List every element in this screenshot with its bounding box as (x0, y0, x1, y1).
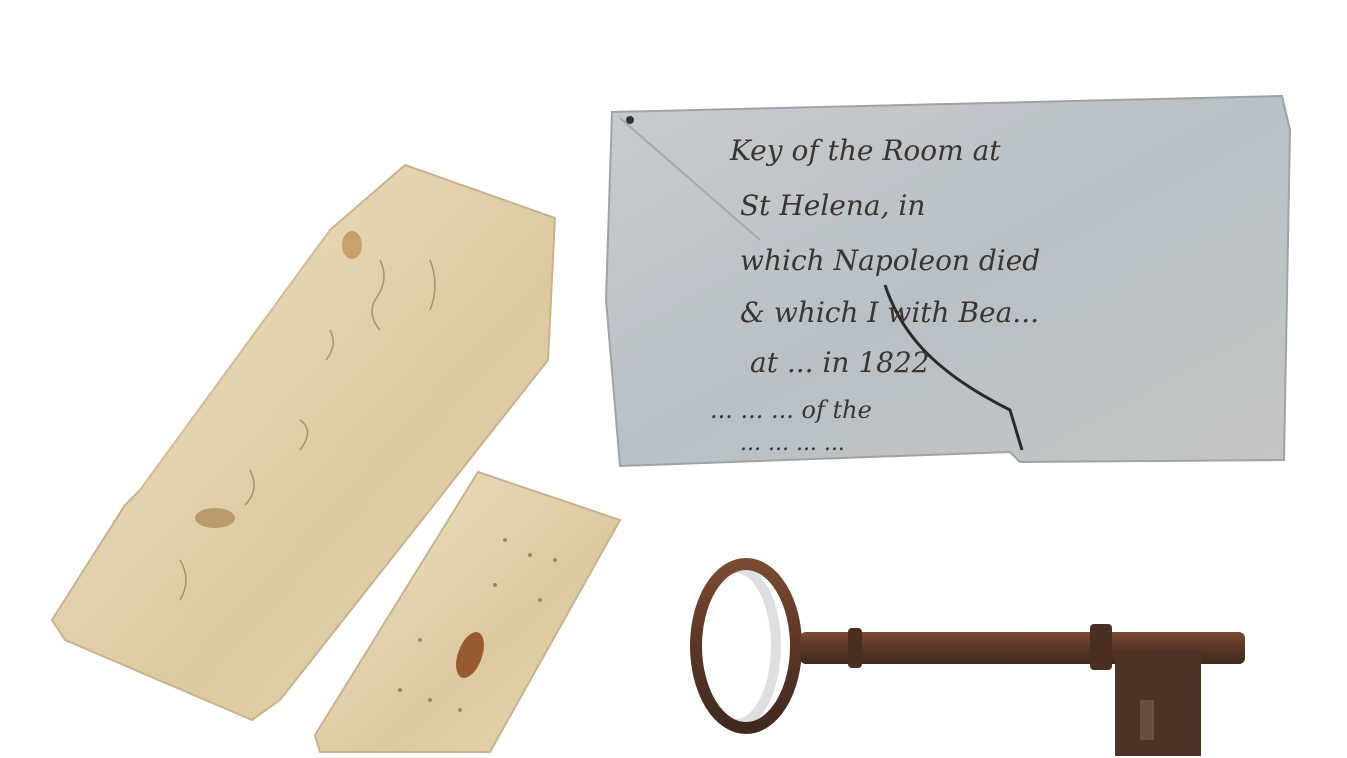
note-line: Key of the Room at (729, 134, 1001, 167)
note-line: & which I with Bea... (740, 296, 1039, 329)
photo-scene: Key of the Room at St Helena, in which N… (0, 0, 1347, 758)
note-line: ... ... ... ... (740, 431, 845, 456)
note-line: at ... in 1822 (750, 346, 930, 379)
note-line: St Helena, in (740, 189, 925, 222)
rusted-key (696, 564, 1245, 756)
note-line: ... ... ... of the (710, 396, 872, 424)
note-line: which Napoleon died (740, 244, 1040, 277)
grey-note: Key of the Room at St Helena, in which N… (606, 96, 1290, 466)
artifacts-photo: Key of the Room at St Helena, in which N… (0, 0, 1347, 758)
